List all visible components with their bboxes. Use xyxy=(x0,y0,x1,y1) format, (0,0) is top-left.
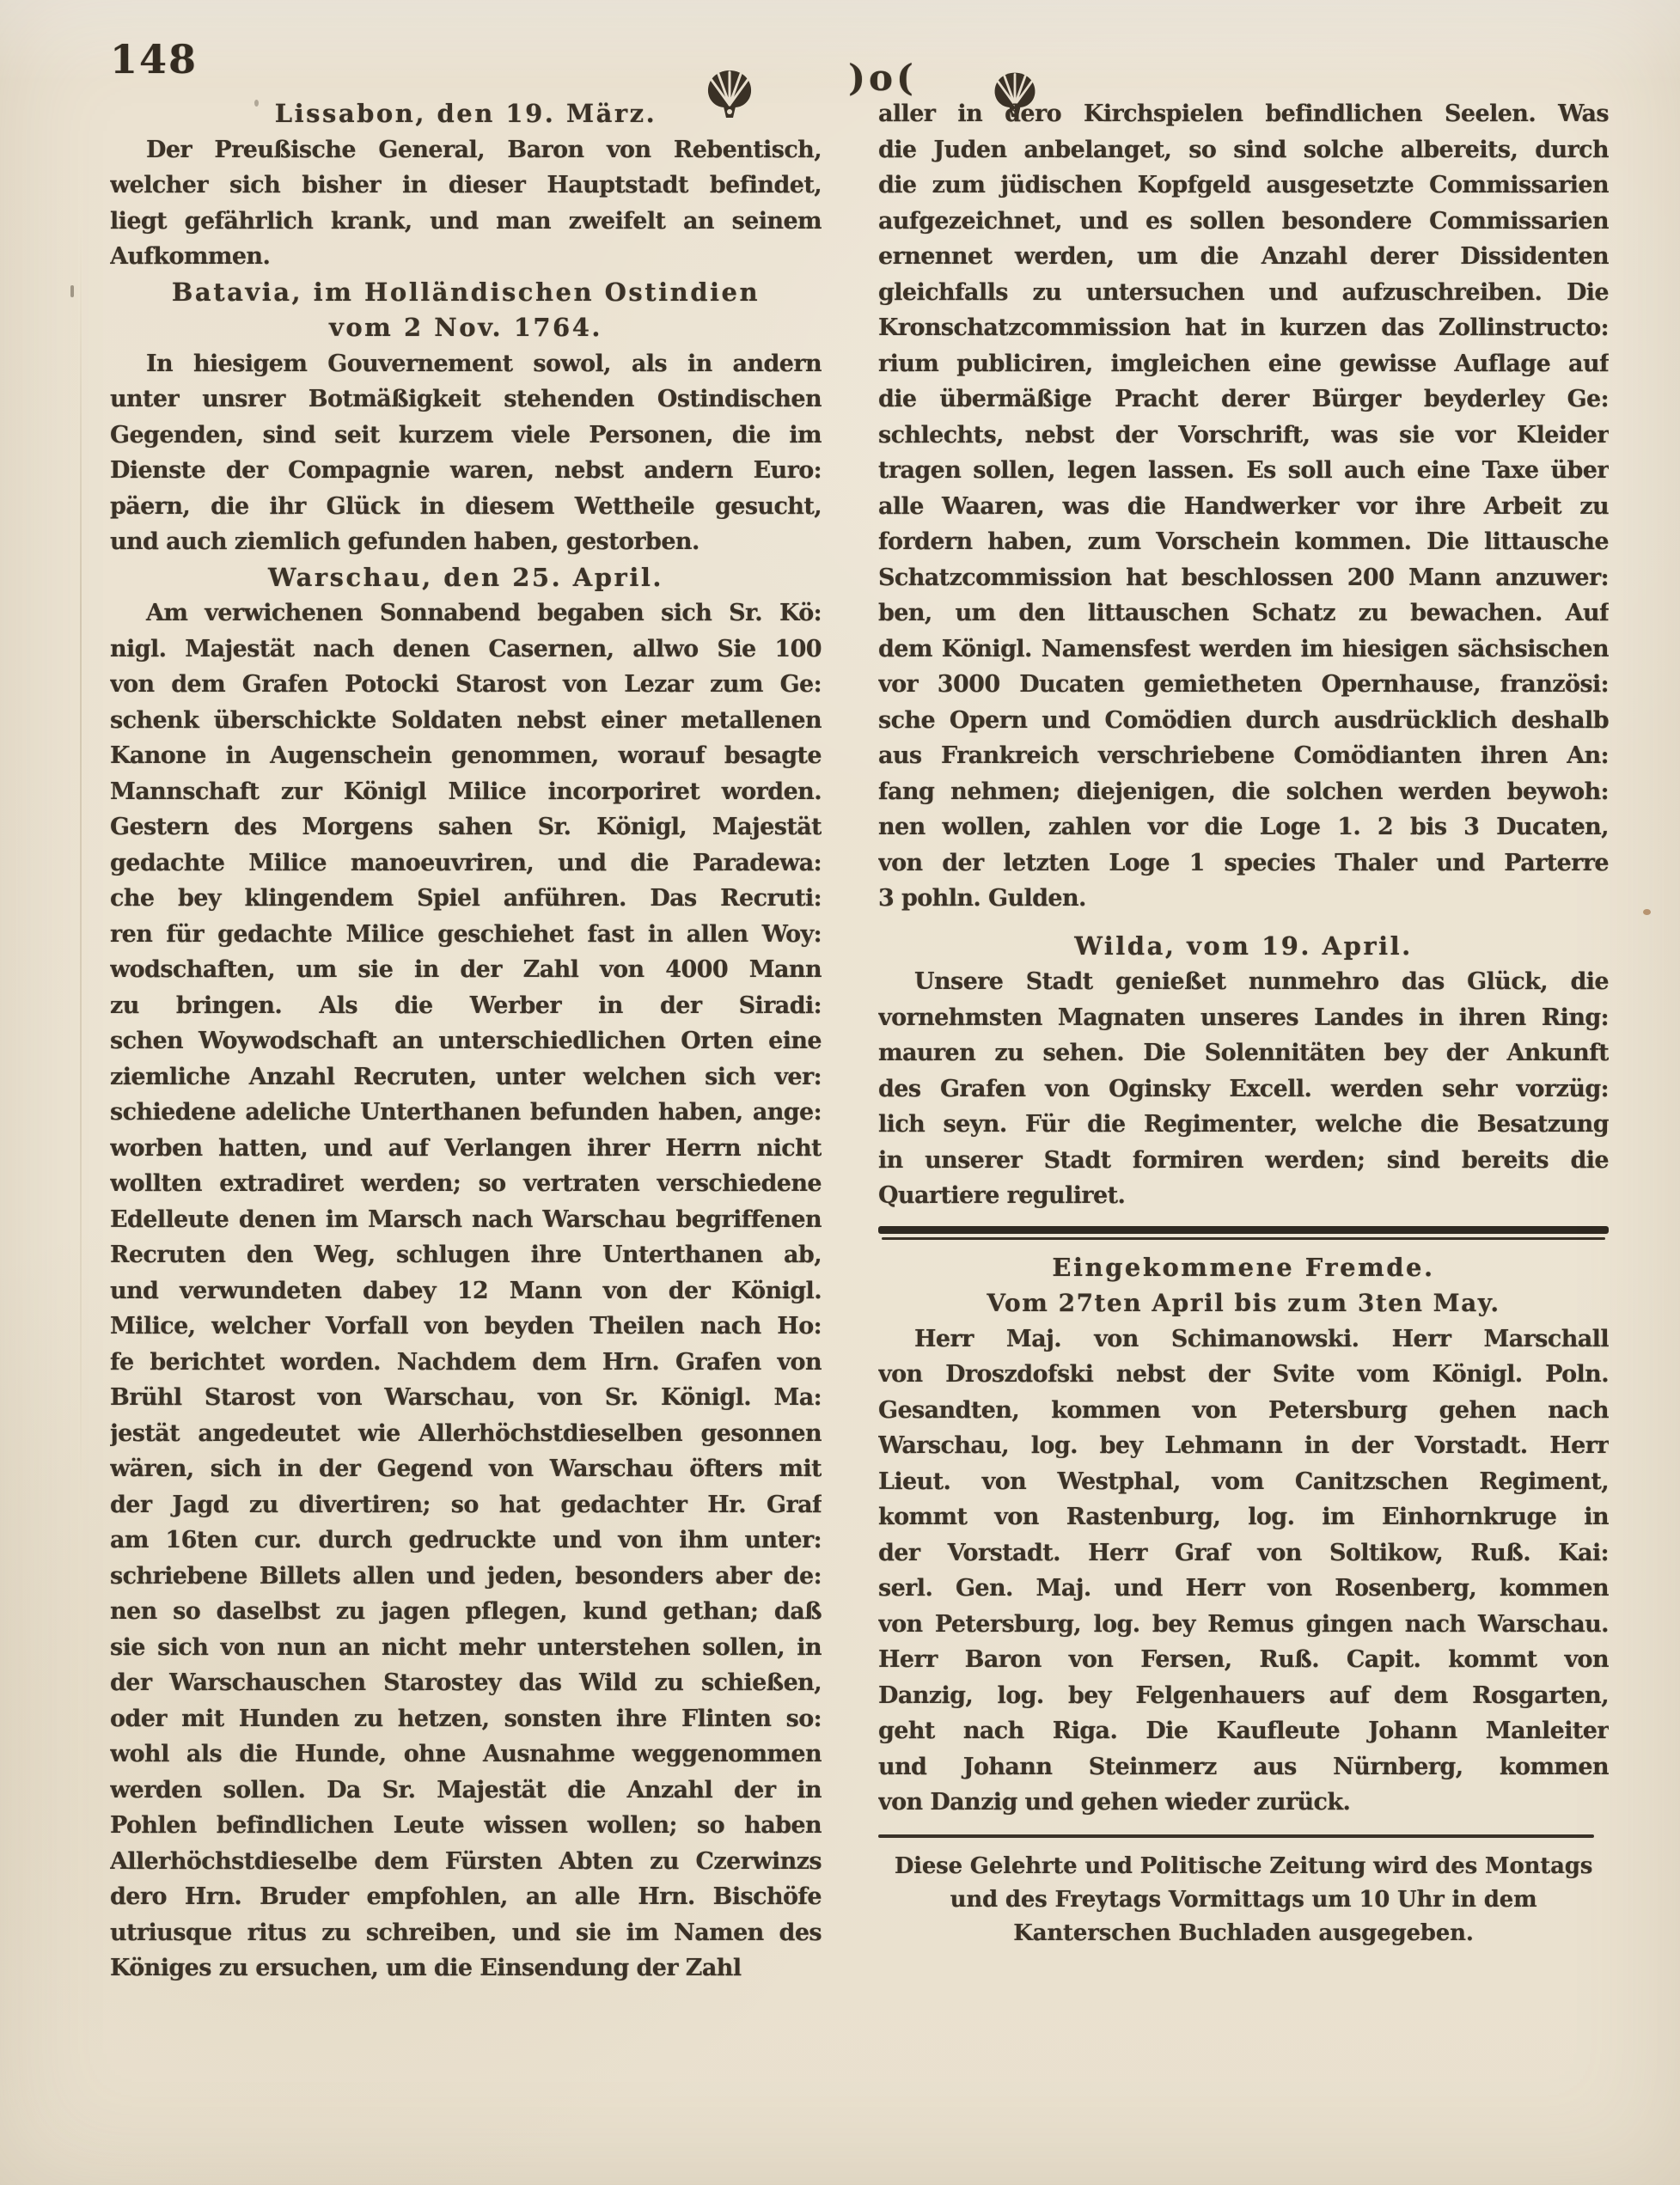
text-line: und Johann Steinmerz aus Nürnberg, komme… xyxy=(878,1749,1609,1785)
text-line: sie sich von nun an nicht mehr untersteh… xyxy=(110,1630,822,1666)
section-heading: Lissabon, den 19. März. xyxy=(110,96,822,132)
text-line: aus Frankreich verschriebene Comödianten… xyxy=(878,738,1609,774)
section-heading: Eingekommene Fremde. xyxy=(878,1250,1609,1286)
section-heading: Warschau, den 25. April. xyxy=(110,560,822,596)
text-line: und verwundeten dabey 12 Mann von der Kö… xyxy=(110,1273,822,1309)
text-line: Lieut. von Westphal, vom Canitzschen Reg… xyxy=(878,1464,1609,1500)
page-number: 148 xyxy=(110,36,198,82)
text-line: von Droszdofski nebst der Svite vom Köni… xyxy=(878,1357,1609,1393)
text-line: alle Waaren, was die Handwerker vor ihre… xyxy=(878,489,1609,525)
text-line: werden sollen. Da Sr. Majestät die Anzah… xyxy=(110,1773,822,1809)
text-line: oder mit Hunden zu hetzen, sonsten ihre … xyxy=(110,1701,822,1737)
text-line: vor 3000 Ducaten gemietheten Opernhause,… xyxy=(878,667,1609,703)
article-paragraph: In hiesigem Gouvernement sowol, als in a… xyxy=(110,346,822,560)
text-line: tragen sollen, legen lassen. Es soll auc… xyxy=(878,453,1609,489)
text-line: utriusque ritus zu schreiben, und sie im… xyxy=(110,1915,822,1951)
text-line: Herr Maj. von Schimanowski. Herr Marscha… xyxy=(878,1321,1609,1358)
text-line: Warschau, log. bey Lehmann in der Vorsta… xyxy=(878,1428,1609,1464)
article-paragraph: Der Preußische General, Baron von Rebent… xyxy=(110,132,822,275)
text-line: In hiesigem Gouvernement sowol, als in a… xyxy=(110,346,822,382)
text-line: wodschaften, um sie in der Zahl von 4000… xyxy=(110,952,822,988)
text-line: ren für gedachte Milice geschiehet fast … xyxy=(110,917,822,953)
text-line: dero Hrn. Bruder empfohlen, an alle Hrn.… xyxy=(110,1879,822,1915)
text-line: Danzig, log. bey Felgenhauers auf dem Ro… xyxy=(878,1678,1609,1714)
text-line: Quartiere reguliret. xyxy=(878,1178,1609,1214)
text-line: lich seyn. Für die Regimenter, welche di… xyxy=(878,1107,1609,1143)
section-heading: Batavia, im Holländischen Ostindien xyxy=(110,275,822,311)
text-line: schen Woywodschaft an unterschiedlichen … xyxy=(110,1023,822,1059)
text-line: unter unsrer Botmäßigkeit stehenden Osti… xyxy=(110,381,822,418)
text-line: und des Freytags Vormittags um 10 Uhr in… xyxy=(878,1883,1609,1917)
text-line: Gesandten, kommen von Petersburg gehen n… xyxy=(878,1393,1609,1429)
right-column: aller in dero Kirchspielen befindlichen … xyxy=(878,96,1609,1950)
text-line: der Jagd zu divertiren; so hat gedachter… xyxy=(110,1487,822,1523)
text-line: ben, um den littauschen Schatz zu bewach… xyxy=(878,595,1609,632)
text-line: Edelleute denen im Marsch nach Warschau … xyxy=(110,1202,822,1238)
text-line: Milice, welcher Vorfall von beyden Theil… xyxy=(110,1309,822,1345)
text-line: Dienste der Compagnie waren, nebst ander… xyxy=(110,453,822,489)
text-line: liegt gefährlich krank, und man zweifelt… xyxy=(110,204,822,240)
text-line: Pohlen befindlichen Leute wissen wollen;… xyxy=(110,1808,822,1844)
divider-rule xyxy=(878,1834,1594,1838)
text-line: fe berichtet worden. Nachdem dem Hrn. Gr… xyxy=(110,1345,822,1381)
newspaper-page: 148 )o( xyxy=(0,0,1680,2185)
text-line: Kanone in Augenschein genommen, worauf b… xyxy=(110,738,822,774)
text-line: Herr Baron von Fersen, Ruß. Capit. kommt… xyxy=(878,1642,1609,1678)
text-line: wohl als die Hunde, ohne Ausnahme weggen… xyxy=(110,1736,822,1773)
text-line: schriebene Billets allen und jeden, beso… xyxy=(110,1559,822,1595)
text-line: welcher sich bisher in dieser Hauptstadt… xyxy=(110,168,822,204)
text-line: nigl. Majestät nach denen Casernen, allw… xyxy=(110,632,822,668)
divider-bar xyxy=(878,1226,1609,1234)
text-line: Gestern des Morgens sahen Sr. Königl, Ma… xyxy=(110,809,822,845)
article-paragraph: aller in dero Kirchspielen befindlichen … xyxy=(878,96,1609,917)
text-line: fang nehmen; diejenigen, die solchen wer… xyxy=(878,774,1609,810)
left-column: Lissabon, den 19. März.Der Preußische Ge… xyxy=(110,96,822,1987)
text-line: die übermäßige Pracht derer Bürger beyde… xyxy=(878,381,1609,418)
text-line: Kanterschen Buchladen ausgegeben. xyxy=(878,1917,1609,1950)
section-heading: Wilda, vom 19. April. xyxy=(878,929,1609,965)
text-line: ziemliche Anzahl Recruten, unter welchen… xyxy=(110,1059,822,1096)
text-line: von Danzig und gehen wieder zurück. xyxy=(878,1785,1609,1821)
paper-speck xyxy=(1643,909,1651,915)
text-line: Der Preußische General, Baron von Rebent… xyxy=(110,132,822,168)
paper-speck xyxy=(70,285,74,297)
text-line: dem Königl. Namensfest werden im hiesige… xyxy=(878,632,1609,668)
divider-bar xyxy=(882,1237,1605,1240)
text-line: schlechts, nebst der Vorschrift, was sie… xyxy=(878,418,1609,454)
text-line: des Grafen von Oginsky Excell. werden se… xyxy=(878,1071,1609,1108)
text-line: nen so daselbst zu jagen pflegen, kund g… xyxy=(110,1594,822,1630)
section-subheading: Vom 27ten April bis zum 3ten May. xyxy=(878,1285,1609,1321)
text-line: Schatzcommission hat beschlossen 200 Man… xyxy=(878,560,1609,596)
article-paragraph: Herr Maj. von Schimanowski. Herr Marscha… xyxy=(878,1321,1609,1821)
imprint-note: Diese Gelehrte und Politische Zeitung wi… xyxy=(878,1850,1609,1950)
text-line: gleichfalls zu untersuchen und aufzuschr… xyxy=(878,275,1609,311)
text-line: die Juden anbelanget, so sind solche alb… xyxy=(878,132,1609,168)
text-line: von Petersburg, log. bey Remus gingen na… xyxy=(878,1607,1609,1643)
text-line: Aufkommen. xyxy=(110,239,822,275)
text-line: nen wollen, zahlen vor die Loge 1. 2 bis… xyxy=(878,809,1609,845)
text-line: Gegenden, sind seit kurzem viele Persone… xyxy=(110,418,822,454)
text-line: Am verwichenen Sonnabend begaben sich Sr… xyxy=(110,595,822,632)
text-line: am 16ten cur. durch gedruckte und von ih… xyxy=(110,1523,822,1559)
section-heading: vom 2 Nov. 1764. xyxy=(110,310,822,346)
text-line: fordern haben, zum Vorschein kommen. Die… xyxy=(878,524,1609,560)
text-line: schenk überschickte Soldaten nebst einer… xyxy=(110,703,822,739)
text-line: che bey klingendem Spiel anführen. Das R… xyxy=(110,881,822,917)
divider-double-rule xyxy=(878,1226,1609,1240)
text-line: wären, sich in der Gegend von Warschau ö… xyxy=(110,1451,822,1487)
text-line: ernennet werden, um die Anzahl derer Dis… xyxy=(878,239,1609,275)
text-line: geht nach Riga. Die Kaufleute Johann Man… xyxy=(878,1713,1609,1749)
text-line: mauren zu sehen. Die Solennitäten bey de… xyxy=(878,1035,1609,1071)
text-line: päern, die ihr Glück in diesem Wettheile… xyxy=(110,489,822,525)
header-divider-mark: )o( xyxy=(827,57,938,99)
text-line: Königes zu ersuchen, um die Einsendung d… xyxy=(110,1950,822,1987)
text-line: die zum jüdischen Kopfgeld ausgesetzte C… xyxy=(878,168,1609,204)
text-line: schiedene adeliche Unterthanen befunden … xyxy=(110,1095,822,1131)
text-line: vornehmsten Magnaten unseres Landes in i… xyxy=(878,1000,1609,1036)
text-line: serl. Gen. Maj. und Herr von Rosenberg, … xyxy=(878,1571,1609,1607)
text-line: in unserer Stadt formiren werden; sind b… xyxy=(878,1143,1609,1179)
text-line: der Warschauschen Starostey das Wild zu … xyxy=(110,1665,822,1701)
article-paragraph: Am verwichenen Sonnabend begaben sich Sr… xyxy=(110,595,822,1987)
text-line: der Vorstadt. Herr Graf von Soltikow, Ru… xyxy=(878,1535,1609,1572)
text-line: Mannschaft zur Königl Milice incorporire… xyxy=(110,774,822,810)
text-line: aller in dero Kirchspielen befindlichen … xyxy=(878,96,1609,132)
text-line: worben hatten, und auf Verlangen ihrer H… xyxy=(110,1131,822,1167)
text-line: zu bringen. Als die Werber in der Siradi… xyxy=(110,988,822,1024)
text-line: Recruten den Weg, schlugen ihre Untertha… xyxy=(110,1237,822,1273)
text-line: Unsere Stadt genießet nunmehro das Glück… xyxy=(878,964,1609,1000)
text-line: jestät angedeutet wie Allerhöchstdieselb… xyxy=(110,1416,822,1452)
text-line: Allerhöchstdieselbe dem Fürsten Abten zu… xyxy=(110,1844,822,1880)
text-line: von der letzten Loge 1 species Thaler un… xyxy=(878,845,1609,882)
text-line: Brühl Starost von Warschau, von Sr. Köni… xyxy=(110,1380,822,1416)
text-line: von dem Grafen Potocki Starost von Lezar… xyxy=(110,667,822,703)
text-line: Diese Gelehrte und Politische Zeitung wi… xyxy=(878,1850,1609,1883)
text-line: wollten extradiret werden; so vertraten … xyxy=(110,1166,822,1202)
text-line: Kronschatzcommission hat in kurzen das Z… xyxy=(878,310,1609,346)
text-line: sche Opern und Comödien durch ausdrückli… xyxy=(878,703,1609,739)
article-paragraph: Unsere Stadt genießet nunmehro das Glück… xyxy=(878,964,1609,1214)
text-line: und auch ziemlich gefunden haben, gestor… xyxy=(110,524,822,560)
text-line: gedachte Milice manoeuvriren, und die Pa… xyxy=(110,845,822,882)
text-line: rium publiciren, imgleichen eine gewisse… xyxy=(878,346,1609,382)
text-line: 3 pohln. Gulden. xyxy=(878,881,1609,917)
text-line: kommt von Rastenburg, log. im Einhornkru… xyxy=(878,1499,1609,1535)
paper-crease xyxy=(80,223,82,1512)
text-line: aufgezeichnet, und es sollen besondere C… xyxy=(878,204,1609,240)
